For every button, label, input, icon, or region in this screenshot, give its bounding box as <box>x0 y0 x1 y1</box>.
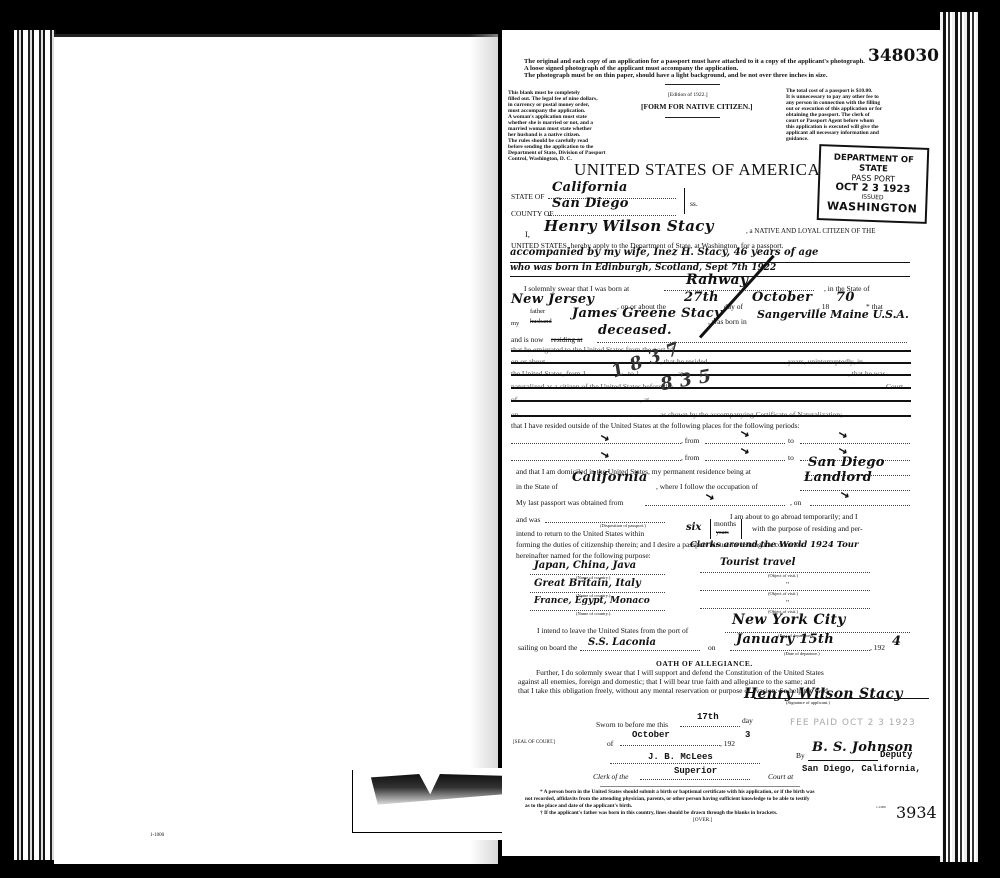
sailing-on-label: on <box>708 643 716 652</box>
right-notice-8: guidance. <box>786 136 808 143</box>
header-note-3: The photograph must be on thin paper, sh… <box>524 72 828 79</box>
country-3: France, Egypt, Monaco <box>534 596 650 606</box>
occupation-value: Landlord <box>804 470 872 485</box>
applicant-photo-fragment <box>342 768 502 840</box>
dept-of-state-stamp: DEPARTMENT OF STATE PASS PORT OCT 2 3 19… <box>817 144 930 224</box>
stamp-line-5: WASHINGTON <box>819 199 925 216</box>
return-value: six <box>686 522 701 533</box>
document-title: UNITED STATES OF AMERICA. <box>574 160 825 180</box>
edition-label: [Edition of 1922.] <box>668 92 708 98</box>
departure-year-prefix: , 192 <box>870 643 885 652</box>
citizen-text: , a NATIVE AND LOYAL CITIZEN OF THE <box>746 227 875 235</box>
object-1: Tourist travel <box>720 557 795 568</box>
oath-title: OATH OF ALLEGIANCE. <box>656 659 753 668</box>
my-label: my <box>511 320 519 327</box>
purpose-text-1: with the purpose of residing and per- <box>752 524 863 533</box>
years-struck: years <box>716 530 729 536</box>
book-gutter-shadow <box>470 34 498 864</box>
left-blank-page <box>54 34 498 864</box>
resided-outside-text: that I have resided outside of the Unite… <box>511 421 800 430</box>
from-label-2: , from <box>681 453 699 462</box>
purpose-value: Clarks around the World 1924 Tour <box>690 540 858 550</box>
residing-struck: residing at <box>551 335 582 344</box>
left-page-mark: 1-1000 <box>150 833 164 838</box>
husband-struck: husband <box>530 318 552 325</box>
object-3: " <box>786 598 789 607</box>
abroad-text: I am about to go abroad temporarily; and… <box>730 512 857 521</box>
born-at-value: Rahway <box>686 272 748 288</box>
applicant-name: Henry Wilson Stacy <box>544 217 714 235</box>
header-note-2: A loose signed photograph of the applica… <box>524 65 738 72</box>
country-caption-3: (Name of country.) <box>576 611 610 616</box>
object-caption-1: (Object of visit.) <box>768 573 798 578</box>
birth-month: October <box>752 290 812 305</box>
of-label: of <box>607 739 613 748</box>
father-label: father <box>530 308 545 315</box>
page-number: 3934 <box>896 803 937 822</box>
book-page-edges-left <box>14 30 56 860</box>
by-label: By <box>796 751 805 760</box>
sworn-year-prefix: , 192 <box>720 739 735 748</box>
departure-year: 4 <box>892 634 901 649</box>
object-caption-2: (Object of visit.) <box>768 591 798 596</box>
fee-paid-stamp: FEE PAID OCT 2 3 1923 <box>790 718 916 728</box>
now-label: and is now <box>511 335 544 344</box>
sworn-month: October <box>632 730 670 740</box>
ship-value: S.S. Laconia <box>588 637 656 648</box>
left-notice-11: Control, Washington, D. C. <box>508 156 572 163</box>
clerk-name: J. B. McLees <box>648 752 713 762</box>
port-value: New York City <box>732 612 846 628</box>
residence-state: California <box>572 470 648 485</box>
serial-number: 348030 <box>868 46 939 66</box>
disposition-caption: (Disposition of passport.) <box>600 523 646 528</box>
i-label: I, <box>525 230 530 239</box>
state-of-label: in the State of <box>516 482 558 491</box>
footnote-1c: as to the place and date of the applican… <box>525 803 632 809</box>
printer-mark: 1-1000 <box>876 805 886 809</box>
oath-line-1: Further, I do solemnly swear that I will… <box>536 668 824 677</box>
court-location: San Diego, California, <box>802 764 921 774</box>
over-label: [OVER.] <box>693 817 712 823</box>
footnote-1b: not recorded, affidavits from the attend… <box>525 796 810 802</box>
clerk-label: Clerk of the <box>593 772 628 781</box>
birth-year: 70 <box>836 290 855 305</box>
footnote-1a: * A person born in the United States sho… <box>540 789 815 795</box>
state-label: STATE OF <box>511 192 544 201</box>
state-value: California <box>552 180 628 195</box>
to-label-1: to <box>788 436 794 445</box>
sworn-year: 3 <box>745 730 750 740</box>
birth-day: 27th <box>684 290 719 305</box>
date-caption: (Date of departure.) <box>784 651 820 656</box>
county-value: San Diego <box>552 196 629 211</box>
ss-label: ss. <box>690 199 698 208</box>
book-page-edges-right <box>940 12 978 862</box>
from-label-1: , from <box>681 436 699 445</box>
to-label-2: to <box>788 453 794 462</box>
day-label: day <box>742 716 753 725</box>
object-2: " <box>786 580 789 589</box>
father-birthplace: Sangerville Maine U.S.A. <box>757 308 909 321</box>
footnote-2: † If the applicant's father was born in … <box>540 810 777 816</box>
court-at-label: Court at <box>768 772 793 781</box>
father-status: deceased. <box>598 323 672 338</box>
purpose-text-3: hereinafter named for the following purp… <box>516 551 651 560</box>
leave-text: I intend to leave the United States from… <box>537 626 688 635</box>
seal-label: [SEAL OF COURT.] <box>513 740 555 745</box>
header-note-1: The original and each copy of an applica… <box>524 58 865 65</box>
form-type: [FORM FOR NATIVE CITIZEN.] <box>641 102 753 111</box>
country-1: Japan, China, Java <box>534 560 636 571</box>
deputy-label: Deputy <box>880 750 912 760</box>
country-2: Great Britain, Italy <box>534 578 641 589</box>
court-value: Superior <box>674 766 717 776</box>
months-label: months <box>714 519 736 528</box>
departure-date: January 15th <box>736 632 834 647</box>
last-passport-label: My last passport was obtained from <box>516 498 623 507</box>
sworn-label: Sworn to before me this <box>596 720 668 729</box>
sailing-text: sailing on board the <box>518 643 577 652</box>
residence-value: San Diego <box>808 455 885 470</box>
oath-line-2: against all enemies, foreign and domesti… <box>518 677 815 686</box>
and-was-label: and was <box>516 515 540 524</box>
signature-caption: (Signature of applicant.) <box>786 700 830 705</box>
father-name: James Greene Stacy <box>572 306 722 321</box>
sworn-day: 17th <box>697 712 719 722</box>
on-label: , on <box>790 498 801 507</box>
born-state: New Jersey <box>511 292 594 307</box>
return-text: intend to return to the United States wi… <box>516 529 644 538</box>
